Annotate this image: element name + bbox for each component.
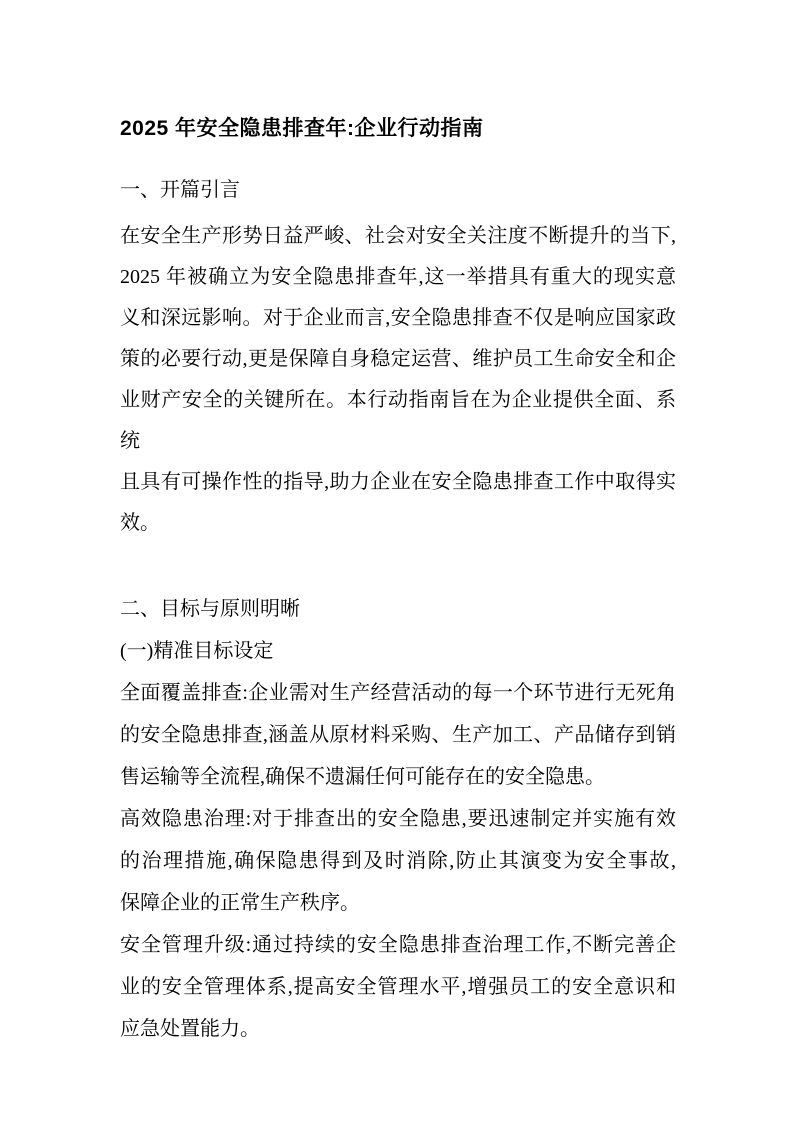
text-line: 保障企业的正常生产秩序。 <box>120 882 676 924</box>
text-line: 2025 年被确立为安全隐患排查年,这一举措具有重大的现实意 <box>120 257 676 298</box>
text-line: 的安全隐患排查,涵盖从原材料采购、生产加工、产品储存到销 <box>120 714 676 756</box>
text-line: 业的安全管理体系,提高安全管理水平,增强员工的安全意识和 <box>120 966 676 1008</box>
goal-paragraph-full-coverage: 全面覆盖排查:企业需对生产经营活动的每一个环节进行无死角的安全隐患排查,涵盖从原… <box>120 672 676 798</box>
text-line: 安全管理升级:通过持续的安全隐患排查治理工作,不断完善企 <box>120 924 676 966</box>
text-line: 在安全生产形势日益严峻、社会对安全关注度不断提升的当下, <box>120 216 676 257</box>
text-line: 应急处置能力。 <box>120 1008 676 1050</box>
goal-paragraph-hazard-treatment: 高效隐患治理:对于排查出的安全隐患,要迅速制定并实施有效的治理措施,确保隐患得到… <box>120 798 676 924</box>
document-title: 2025 年安全隐患排查年:企业行动指南 <box>120 112 676 146</box>
section-2-heading: 二、目标与原则明晰 <box>120 588 676 630</box>
text-line: 效。 <box>120 503 676 544</box>
text-line: 全面覆盖排查:企业需对生产经营活动的每一个环节进行无死角 <box>120 672 676 714</box>
section-1-heading: 一、开篇引言 <box>120 169 676 211</box>
text-line: 策的必要行动,更是保障自身稳定运营、维护员工生命安全和企 <box>120 339 676 380</box>
intro-paragraph: 在安全生产形势日益严峻、社会对安全关注度不断提升的当下,2025 年被确立为安全… <box>120 216 676 544</box>
text-line: 业财产安全的关键所在。本行动指南旨在为企业提供全面、系统 <box>120 380 676 462</box>
text-line: 且具有可操作性的指导,助力企业在安全隐患排查工作中取得实 <box>120 462 676 503</box>
goal-paragraph-management-upgrade: 安全管理升级:通过持续的安全隐患排查治理工作,不断完善企业的安全管理体系,提高安… <box>120 924 676 1050</box>
text-line: 的治理措施,确保隐患得到及时消除,防止其演变为安全事故, <box>120 840 676 882</box>
document-page: 2025 年安全隐患排查年:企业行动指南 一、开篇引言 在安全生产形势日益严峻、… <box>120 0 676 1050</box>
text-line: 高效隐患治理:对于排查出的安全隐患,要迅速制定并实施有效 <box>120 798 676 840</box>
text-line: 义和深远影响。对于企业而言,安全隐患排查不仅是响应国家政 <box>120 298 676 339</box>
text-line: 售运输等全流程,确保不遗漏任何可能存在的安全隐患。 <box>120 756 676 798</box>
section-2-subheading: (一)精准目标设定 <box>120 630 676 672</box>
